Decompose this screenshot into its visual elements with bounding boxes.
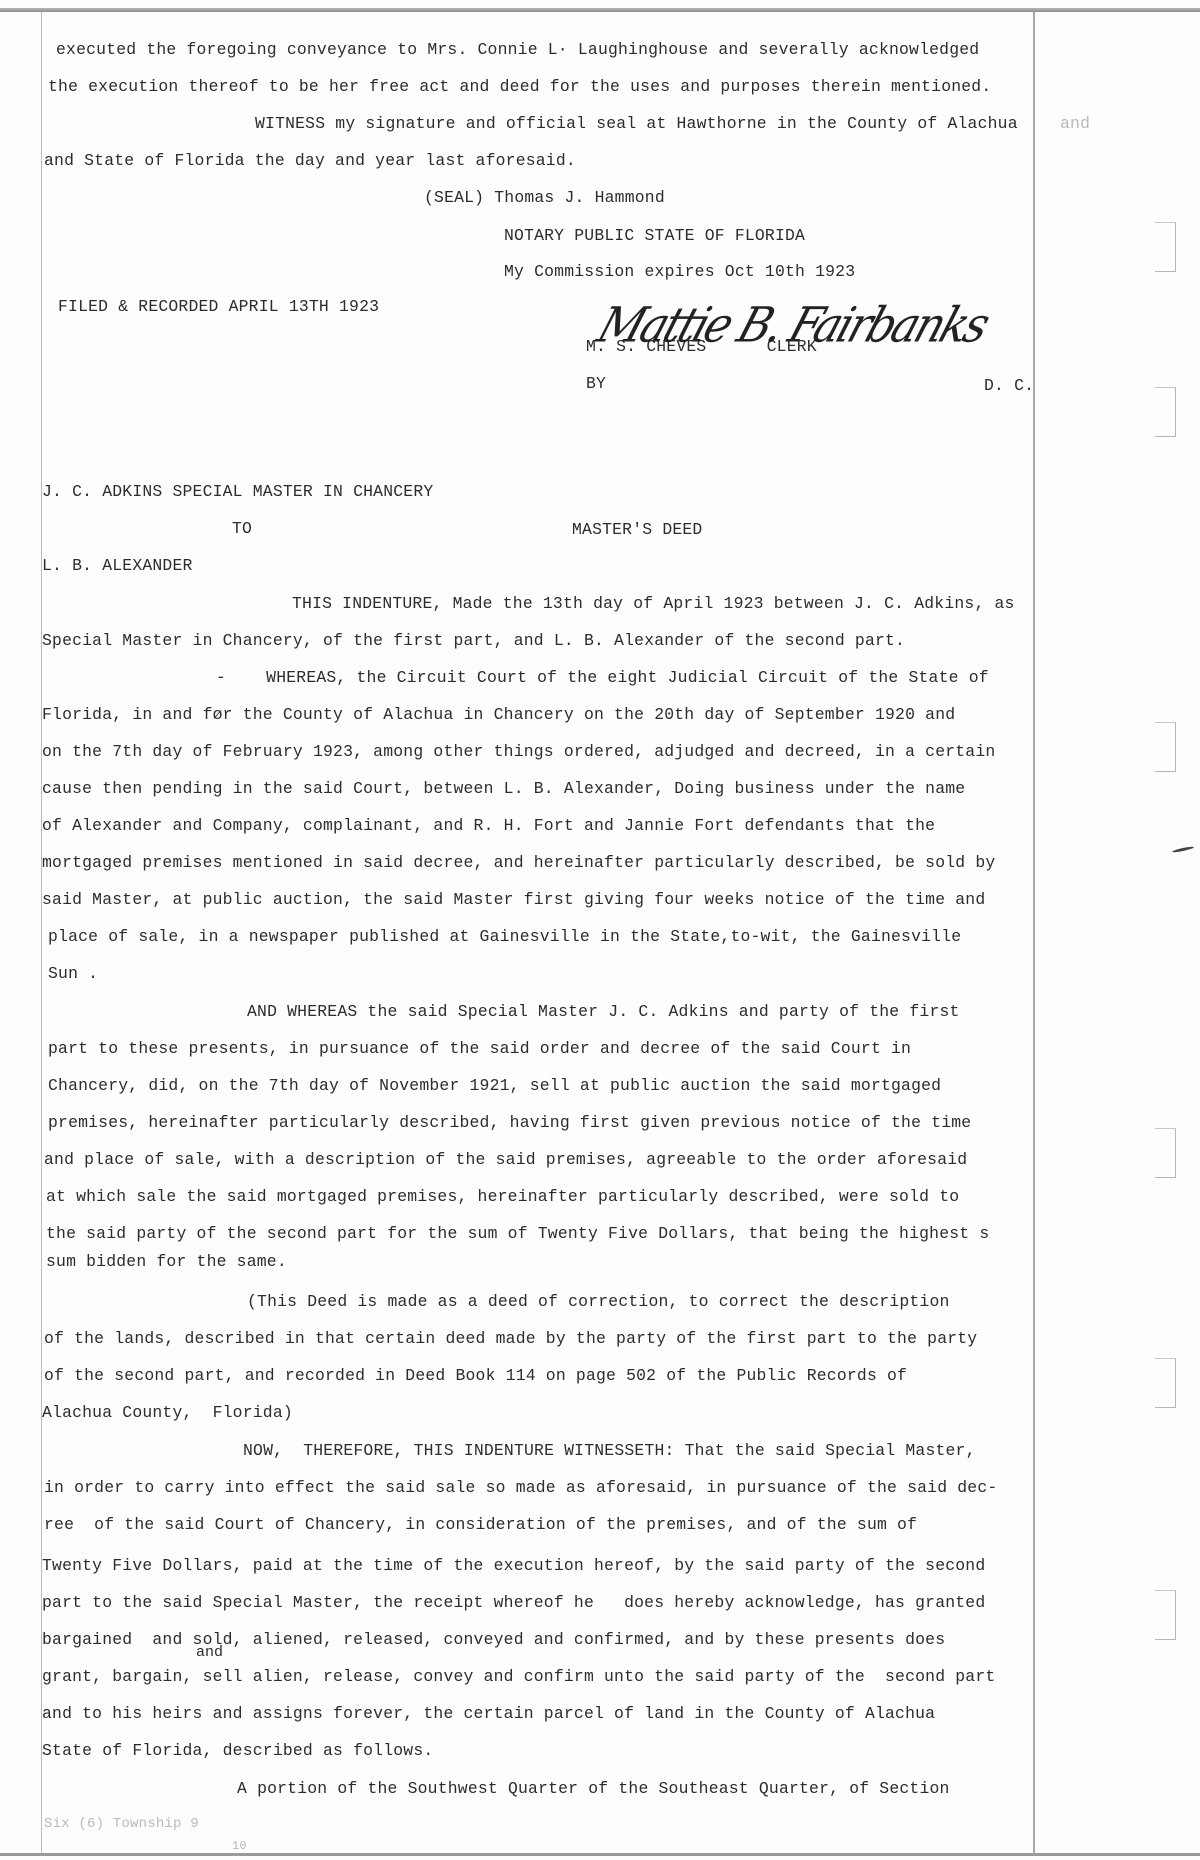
body-line: premises, hereinafter particularly descr… (48, 1113, 971, 1133)
body-line: mortgaged premises mentioned in said dec… (42, 853, 995, 873)
body-line: of the lands, described in that certain … (44, 1329, 977, 1349)
page-bottom-border (0, 1853, 1200, 1856)
notary-line-1: executed the foregoing conveyance to Mrs… (56, 40, 979, 60)
binding-bracket (1155, 222, 1176, 272)
body-line: State of Florida, described as follows. (42, 1741, 433, 1761)
bleedthrough-text: Six (6) Township 9 (44, 1814, 199, 1834)
body-line: bargained and sold, aliened, released, c… (42, 1630, 945, 1650)
deed-record-page: executed the foregoing conveyance to Mrs… (0, 0, 1200, 1860)
by-label: BY (586, 374, 606, 394)
body-line: and to his heirs and assigns forever, th… (42, 1704, 935, 1724)
left-margin-rule (41, 12, 42, 1854)
grantee-caption: L. B. ALEXANDER (42, 556, 193, 576)
binding-bracket (1155, 387, 1176, 437)
deed-title: MASTER'S DEED (572, 520, 702, 540)
binding-bracket (1155, 1590, 1176, 1640)
binding-bracket (1155, 1128, 1176, 1178)
body-line: NOW, THEREFORE, THIS INDENTURE WITNESSET… (243, 1441, 976, 1461)
body-line: of the second part, and recorded in Deed… (44, 1366, 907, 1386)
body-line: Florida, in and før the County of Alachu… (42, 705, 955, 725)
body-line: of Alexander and Company, complainant, a… (42, 816, 935, 836)
body-line: part to the said Special Master, the rec… (42, 1593, 985, 1613)
body-line: the said party of the second part for th… (46, 1224, 989, 1244)
body-line: AND WHEREAS the said Special Master J. C… (247, 1002, 960, 1022)
body-line: sum bidden for the same. (46, 1252, 287, 1272)
body-line: and place of sale, with a description of… (44, 1150, 967, 1170)
body-line: in order to carry into effect the said s… (44, 1478, 997, 1498)
body-line: Sun . (48, 964, 98, 984)
notary-margin-and: and (1060, 114, 1090, 134)
grantor-caption: J. C. ADKINS SPECIAL MASTER IN CHANCERY (42, 482, 433, 502)
body-line: cause then pending in the said Court, be… (42, 779, 965, 799)
notary-title: NOTARY PUBLIC STATE OF FLORIDA (504, 226, 805, 246)
body-line: Special Master in Chancery, of the first… (42, 631, 905, 651)
bleedthrough-text: 10 (232, 1836, 247, 1856)
interlineation-and: and (196, 1644, 223, 1661)
body-line: Chancery, did, on the 7th day of Novembe… (48, 1076, 941, 1096)
deputy-clerk-signature: Mattie B. Fairbanks (591, 297, 994, 353)
body-line: (This Deed is made as a deed of correcti… (247, 1292, 950, 1312)
notary-commission: My Commission expires Oct 10th 1923 (504, 262, 855, 282)
caption-to: TO (232, 519, 252, 539)
notary-line-4: and State of Florida the day and year la… (44, 151, 576, 171)
body-line: Twenty Five Dollars, paid at the time of… (42, 1556, 985, 1576)
notary-line-2: the execution thereof to be her free act… (48, 77, 991, 97)
body-line: said Master, at public auction, the said… (42, 890, 985, 910)
filed-recorded-stamp: FILED & RECORDED APRIL 13TH 1923 (58, 297, 379, 317)
body-line: at which sale the said mortgaged premise… (46, 1187, 959, 1207)
body-line: A portion of the Southwest Quarter of th… (237, 1779, 950, 1799)
body-line: - WHEREAS, the Circuit Court of the eigh… (216, 668, 989, 688)
body-line: ree of the said Court of Chancery, in co… (44, 1515, 917, 1535)
body-line: THIS INDENTURE, Made the 13th day of Apr… (292, 594, 1015, 614)
body-line: on the 7th day of February 1923, among o… (42, 742, 995, 762)
body-line: part to these presents, in pursuance of … (48, 1039, 911, 1059)
body-line: grant, bargain, sell alien, release, con… (42, 1667, 995, 1687)
page-top-border (0, 8, 1200, 12)
body-line: Alachua County, Florida) (42, 1403, 293, 1423)
body-line: place of sale, in a newspaper published … (48, 927, 961, 947)
notary-seal-signature: (SEAL) Thomas J. Hammond (424, 188, 665, 208)
notary-witness-line: WITNESS my signature and official seal a… (255, 114, 1018, 134)
binding-bracket (1155, 1358, 1176, 1408)
right-margin-rule (1033, 12, 1035, 1854)
ink-mark (1172, 846, 1194, 854)
deputy-clerk-label: D. C. (984, 376, 1034, 396)
binding-bracket (1155, 722, 1176, 772)
